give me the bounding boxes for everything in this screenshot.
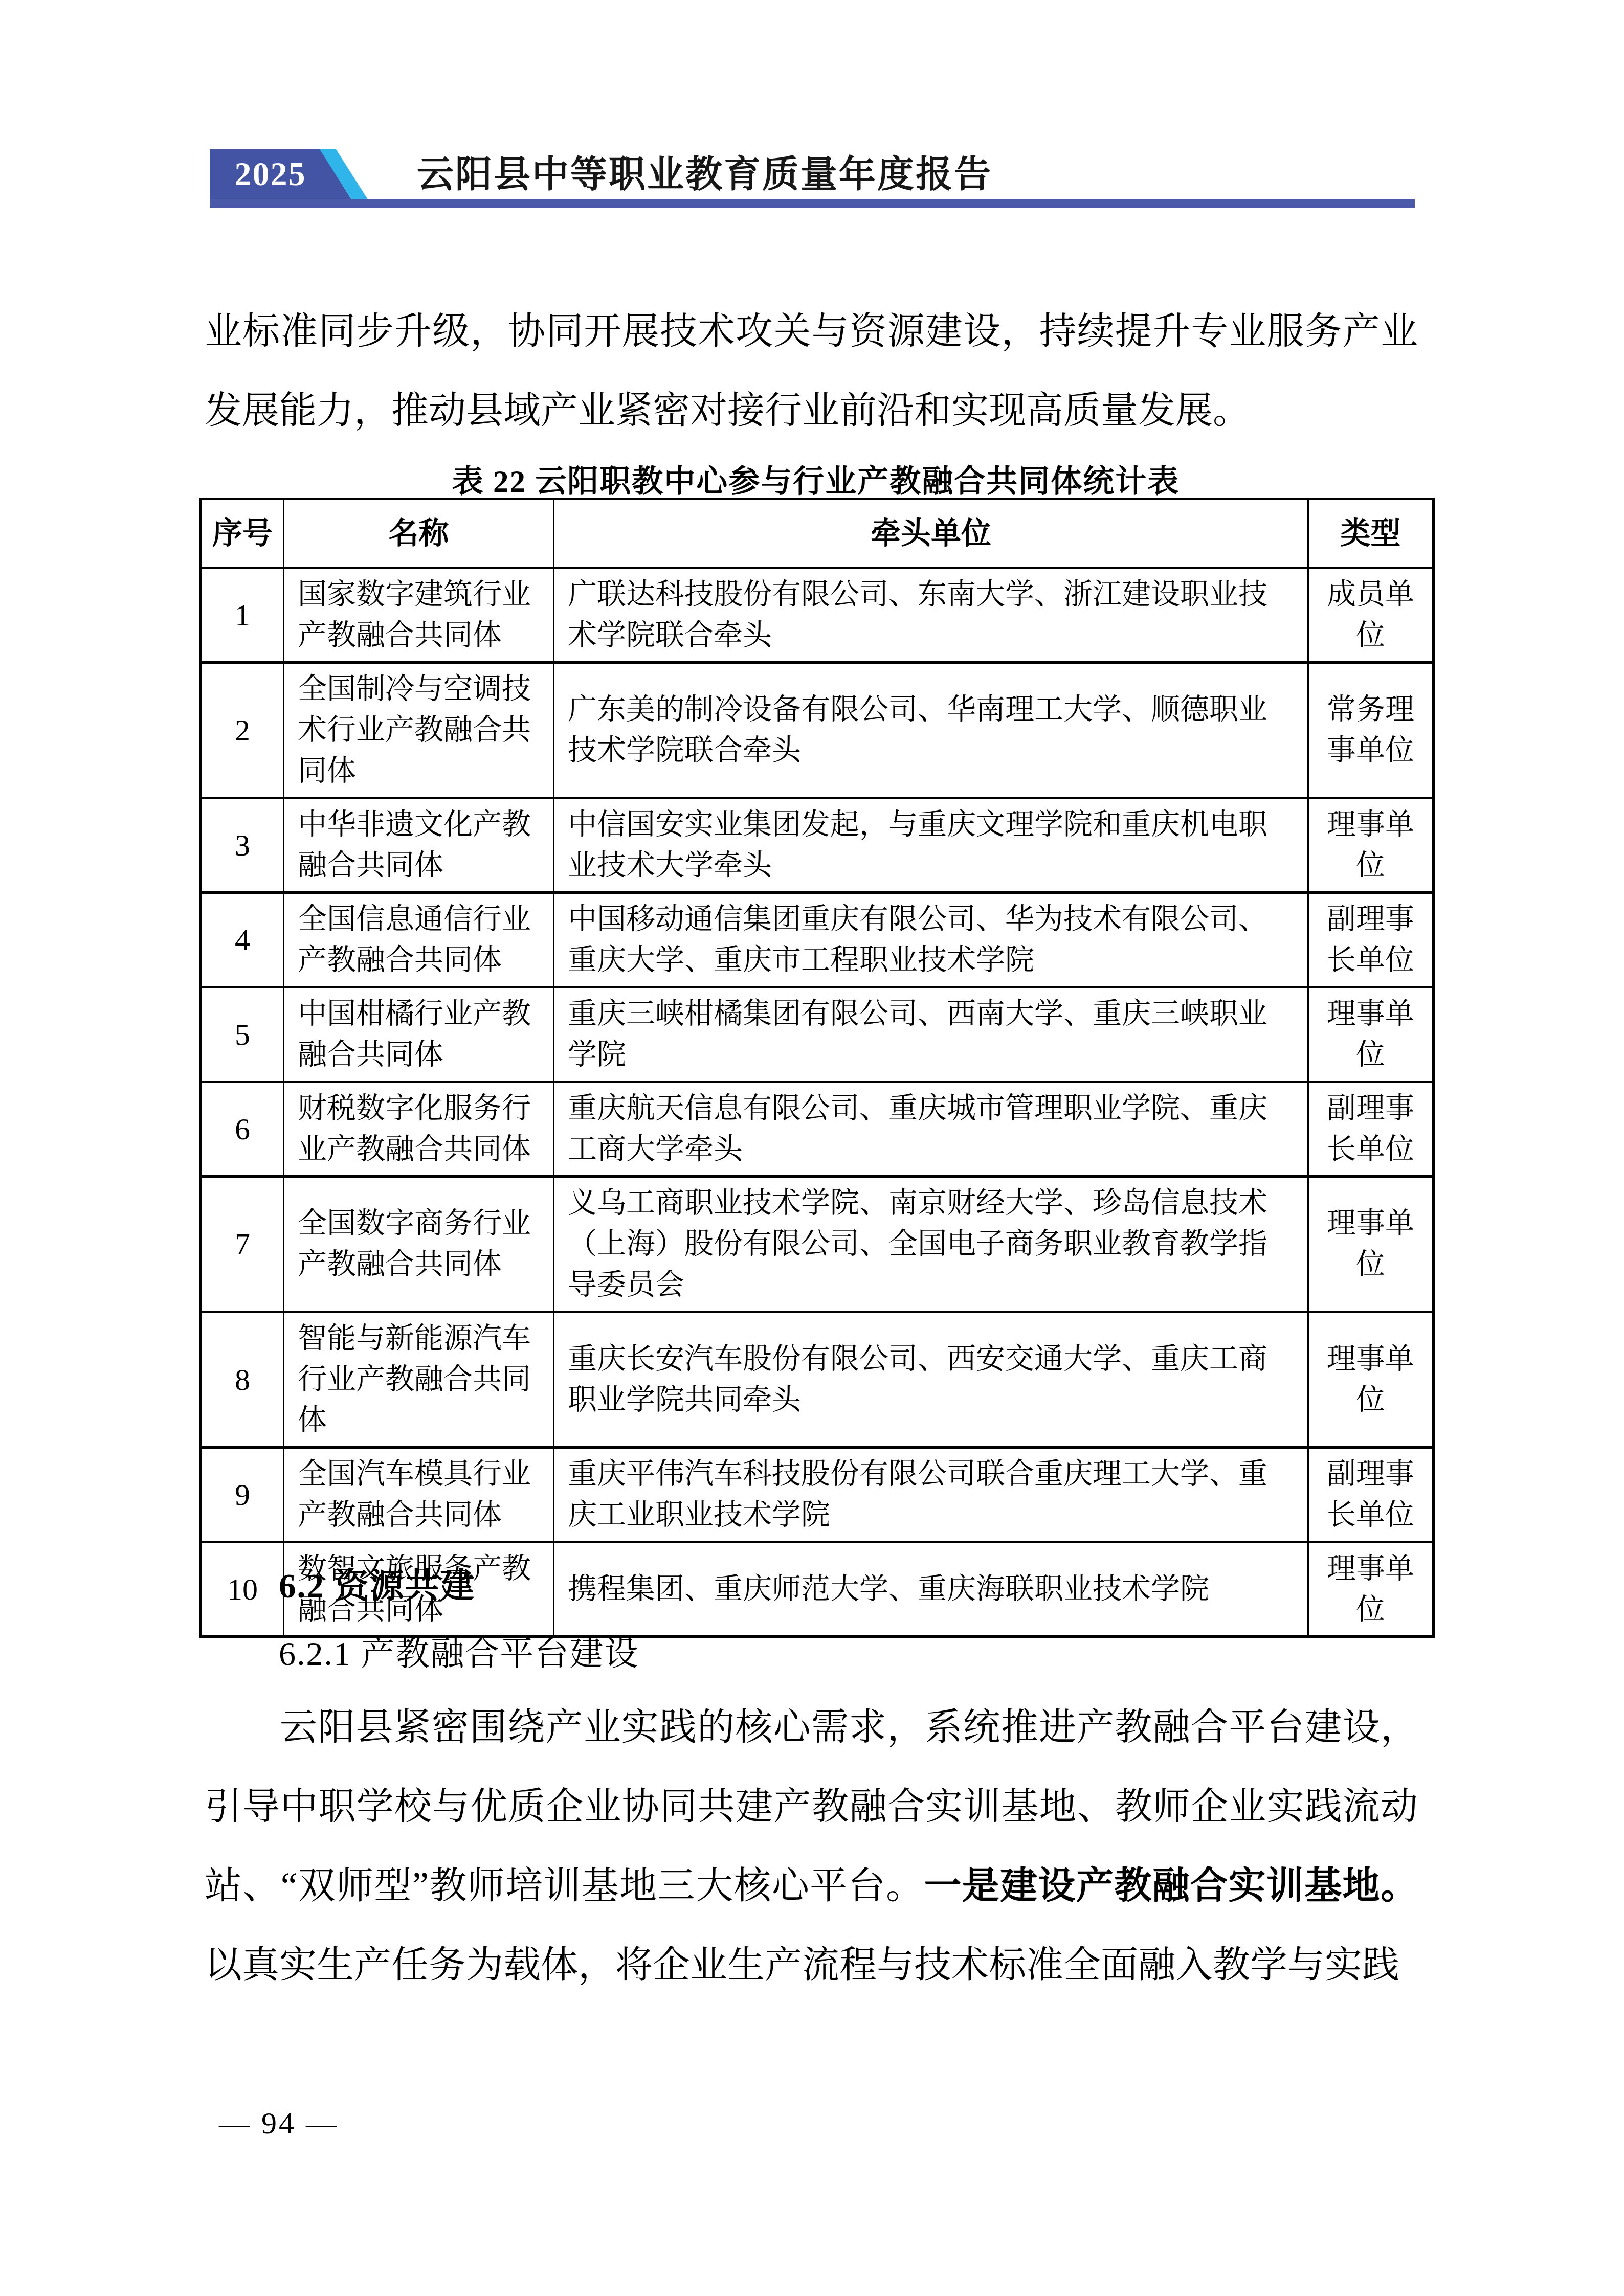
cell-name: 智能与新能源汽车行业产教融合共同体: [284, 1312, 554, 1448]
cell-lead: 义乌工商职业技术学院、南京财经大学、珍岛信息技术（上海）股份有限公司、全国电子商…: [554, 1177, 1308, 1312]
cell-name: 全国数字商务行业产教融合共同体: [284, 1177, 554, 1312]
cell-type: 副理事长单位: [1308, 893, 1434, 987]
cell-no: 6: [201, 1082, 284, 1177]
cell-type: 副理事长单位: [1308, 1448, 1434, 1542]
cell-lead: 携程集团、重庆师范大学、重庆海联职业技术学院: [554, 1542, 1308, 1637]
cell-lead: 广东美的制冷设备有限公司、华南理工大学、顺德职业技术学院联合牵头: [554, 663, 1308, 798]
table-row: 3中华非遗文化产教融合共同体中信国安实业集团发起，与重庆文理学院和重庆机电职业技…: [201, 798, 1434, 893]
cell-name: 国家数字建筑行业产教融合共同体: [284, 568, 554, 663]
table-row: 9全国汽车模具行业产教融合共同体重庆平伟汽车科技股份有限公司联合重庆理工大学、重…: [201, 1448, 1434, 1542]
cell-name: 财税数字化服务行业产教融合共同体: [284, 1082, 554, 1177]
cell-name: 全国信息通信行业产教融合共同体: [284, 893, 554, 987]
column-header-no: 序号: [201, 499, 284, 568]
table-row: 8智能与新能源汽车行业产教融合共同体重庆长安汽车股份有限公司、西安交通大学、重庆…: [201, 1312, 1434, 1448]
cell-type: 理事单位: [1308, 987, 1434, 1082]
cell-lead: 中国移动通信集团重庆有限公司、华为技术有限公司、重庆大学、重庆市工程职业技术学院: [554, 893, 1308, 987]
bold-emphasis-text: 一是建设产教融合实训基地。: [924, 1865, 1418, 1906]
table-row: 4全国信息通信行业产教融合共同体中国移动通信集团重庆有限公司、华为技术有限公司、…: [201, 893, 1434, 987]
cell-lead: 中信国安实业集团发起，与重庆文理学院和重庆机电职业技术大学牵头: [554, 798, 1308, 893]
cell-no: 8: [201, 1312, 284, 1448]
page-number: — 94 —: [219, 2106, 339, 2141]
cell-name: 全国制冷与空调技术行业产教融合共同体: [284, 663, 554, 798]
cell-no: 2: [201, 663, 284, 798]
table-body: 1国家数字建筑行业产教融合共同体广联达科技股份有限公司、东南大学、浙江建设职业技…: [201, 568, 1434, 1637]
paragraph-text: 以真实生产任务为载体，将企业生产流程与技术标准全面融入教学与实践: [205, 1944, 1399, 1986]
column-header-lead: 牵头单位: [554, 499, 1308, 568]
cell-lead: 重庆平伟汽车科技股份有限公司联合重庆理工大学、重庆工业职业技术学院: [554, 1448, 1308, 1542]
cell-type: 理事单位: [1308, 1542, 1434, 1637]
table-caption: 表 22 云阳职教中心参与行业产教融合共同体统计表: [199, 457, 1432, 501]
table-row: 1国家数字建筑行业产教融合共同体广联达科技股份有限公司、东南大学、浙江建设职业技…: [201, 568, 1434, 663]
cell-name: 中国柑橘行业产教融合共同体: [284, 987, 554, 1082]
table-row: 6财税数字化服务行业产教融合共同体重庆航天信息有限公司、重庆城市管理职业学院、重…: [201, 1082, 1434, 1177]
cell-lead: 重庆长安汽车股份有限公司、西安交通大学、重庆工商职业学院共同牵头: [554, 1312, 1308, 1448]
intro-paragraph: 业标准同步升级，协同开展技术攻关与资源建设，持续提升专业服务产业发展能力，推动县…: [205, 291, 1418, 450]
cell-no: 10: [201, 1542, 284, 1637]
cell-type: 理事单位: [1308, 1177, 1434, 1312]
cell-lead: 重庆航天信息有限公司、重庆城市管理职业学院、重庆工商大学牵头: [554, 1082, 1308, 1177]
table-row: 2全国制冷与空调技术行业产教融合共同体广东美的制冷设备有限公司、华南理工大学、顺…: [201, 663, 1434, 798]
report-title: 云阳县中等职业教育质量年度报告: [417, 149, 992, 199]
table-row: 5中国柑橘行业产教融合共同体重庆三峡柑橘集团有限公司、西南大学、重庆三峡职业学院…: [201, 987, 1434, 1082]
cell-lead: 重庆三峡柑橘集团有限公司、西南大学、重庆三峡职业学院: [554, 987, 1308, 1082]
cell-no: 7: [201, 1177, 284, 1312]
communities-table: 序号 名称 牵头单位 类型 1国家数字建筑行业产教融合共同体广联达科技股份有限公…: [199, 498, 1435, 1638]
cell-type: 常务理事单位: [1308, 663, 1434, 798]
cell-name: 全国汽车模具行业产教融合共同体: [284, 1448, 554, 1542]
cell-no: 5: [201, 987, 284, 1082]
cell-no: 3: [201, 798, 284, 893]
subsection-heading: 6.2.1 产教融合平台建设: [279, 1626, 639, 1675]
cell-lead: 广联达科技股份有限公司、东南大学、浙江建设职业技术学院联合牵头: [554, 568, 1308, 663]
cell-type: 理事单位: [1308, 798, 1434, 893]
column-header-name: 名称: [284, 499, 554, 568]
cell-type: 成员单位: [1308, 568, 1434, 663]
body-paragraph: 云阳县紧密围绕产业实践的核心需求，系统推进产教融合平台建设，引导中职学校与优质企…: [205, 1687, 1418, 2005]
cell-no: 9: [201, 1448, 284, 1542]
cell-name: 中华非遗文化产教融合共同体: [284, 798, 554, 893]
year-label: 2025: [235, 155, 327, 194]
cell-no: 4: [201, 893, 284, 987]
cell-type: 理事单位: [1308, 1312, 1434, 1448]
cell-type: 副理事长单位: [1308, 1082, 1434, 1177]
table-header-row: 序号 名称 牵头单位 类型: [201, 499, 1434, 568]
column-header-type: 类型: [1308, 499, 1434, 568]
header-rule: [210, 199, 1415, 208]
cell-no: 1: [201, 568, 284, 663]
table-row: 7全国数字商务行业产教融合共同体义乌工商职业技术学院、南京财经大学、珍岛信息技术…: [201, 1177, 1434, 1312]
section-heading: 6.2 资源共建: [279, 1559, 476, 1608]
paragraph-text: 业标准同步升级，协同开展技术攻关与资源建设，持续提升专业服务产业发展能力，推动县…: [205, 310, 1418, 431]
document-page: 2025 云阳县中等职业教育质量年度报告 业标准同步升级，协同开展技术攻关与资源…: [0, 0, 1624, 2296]
